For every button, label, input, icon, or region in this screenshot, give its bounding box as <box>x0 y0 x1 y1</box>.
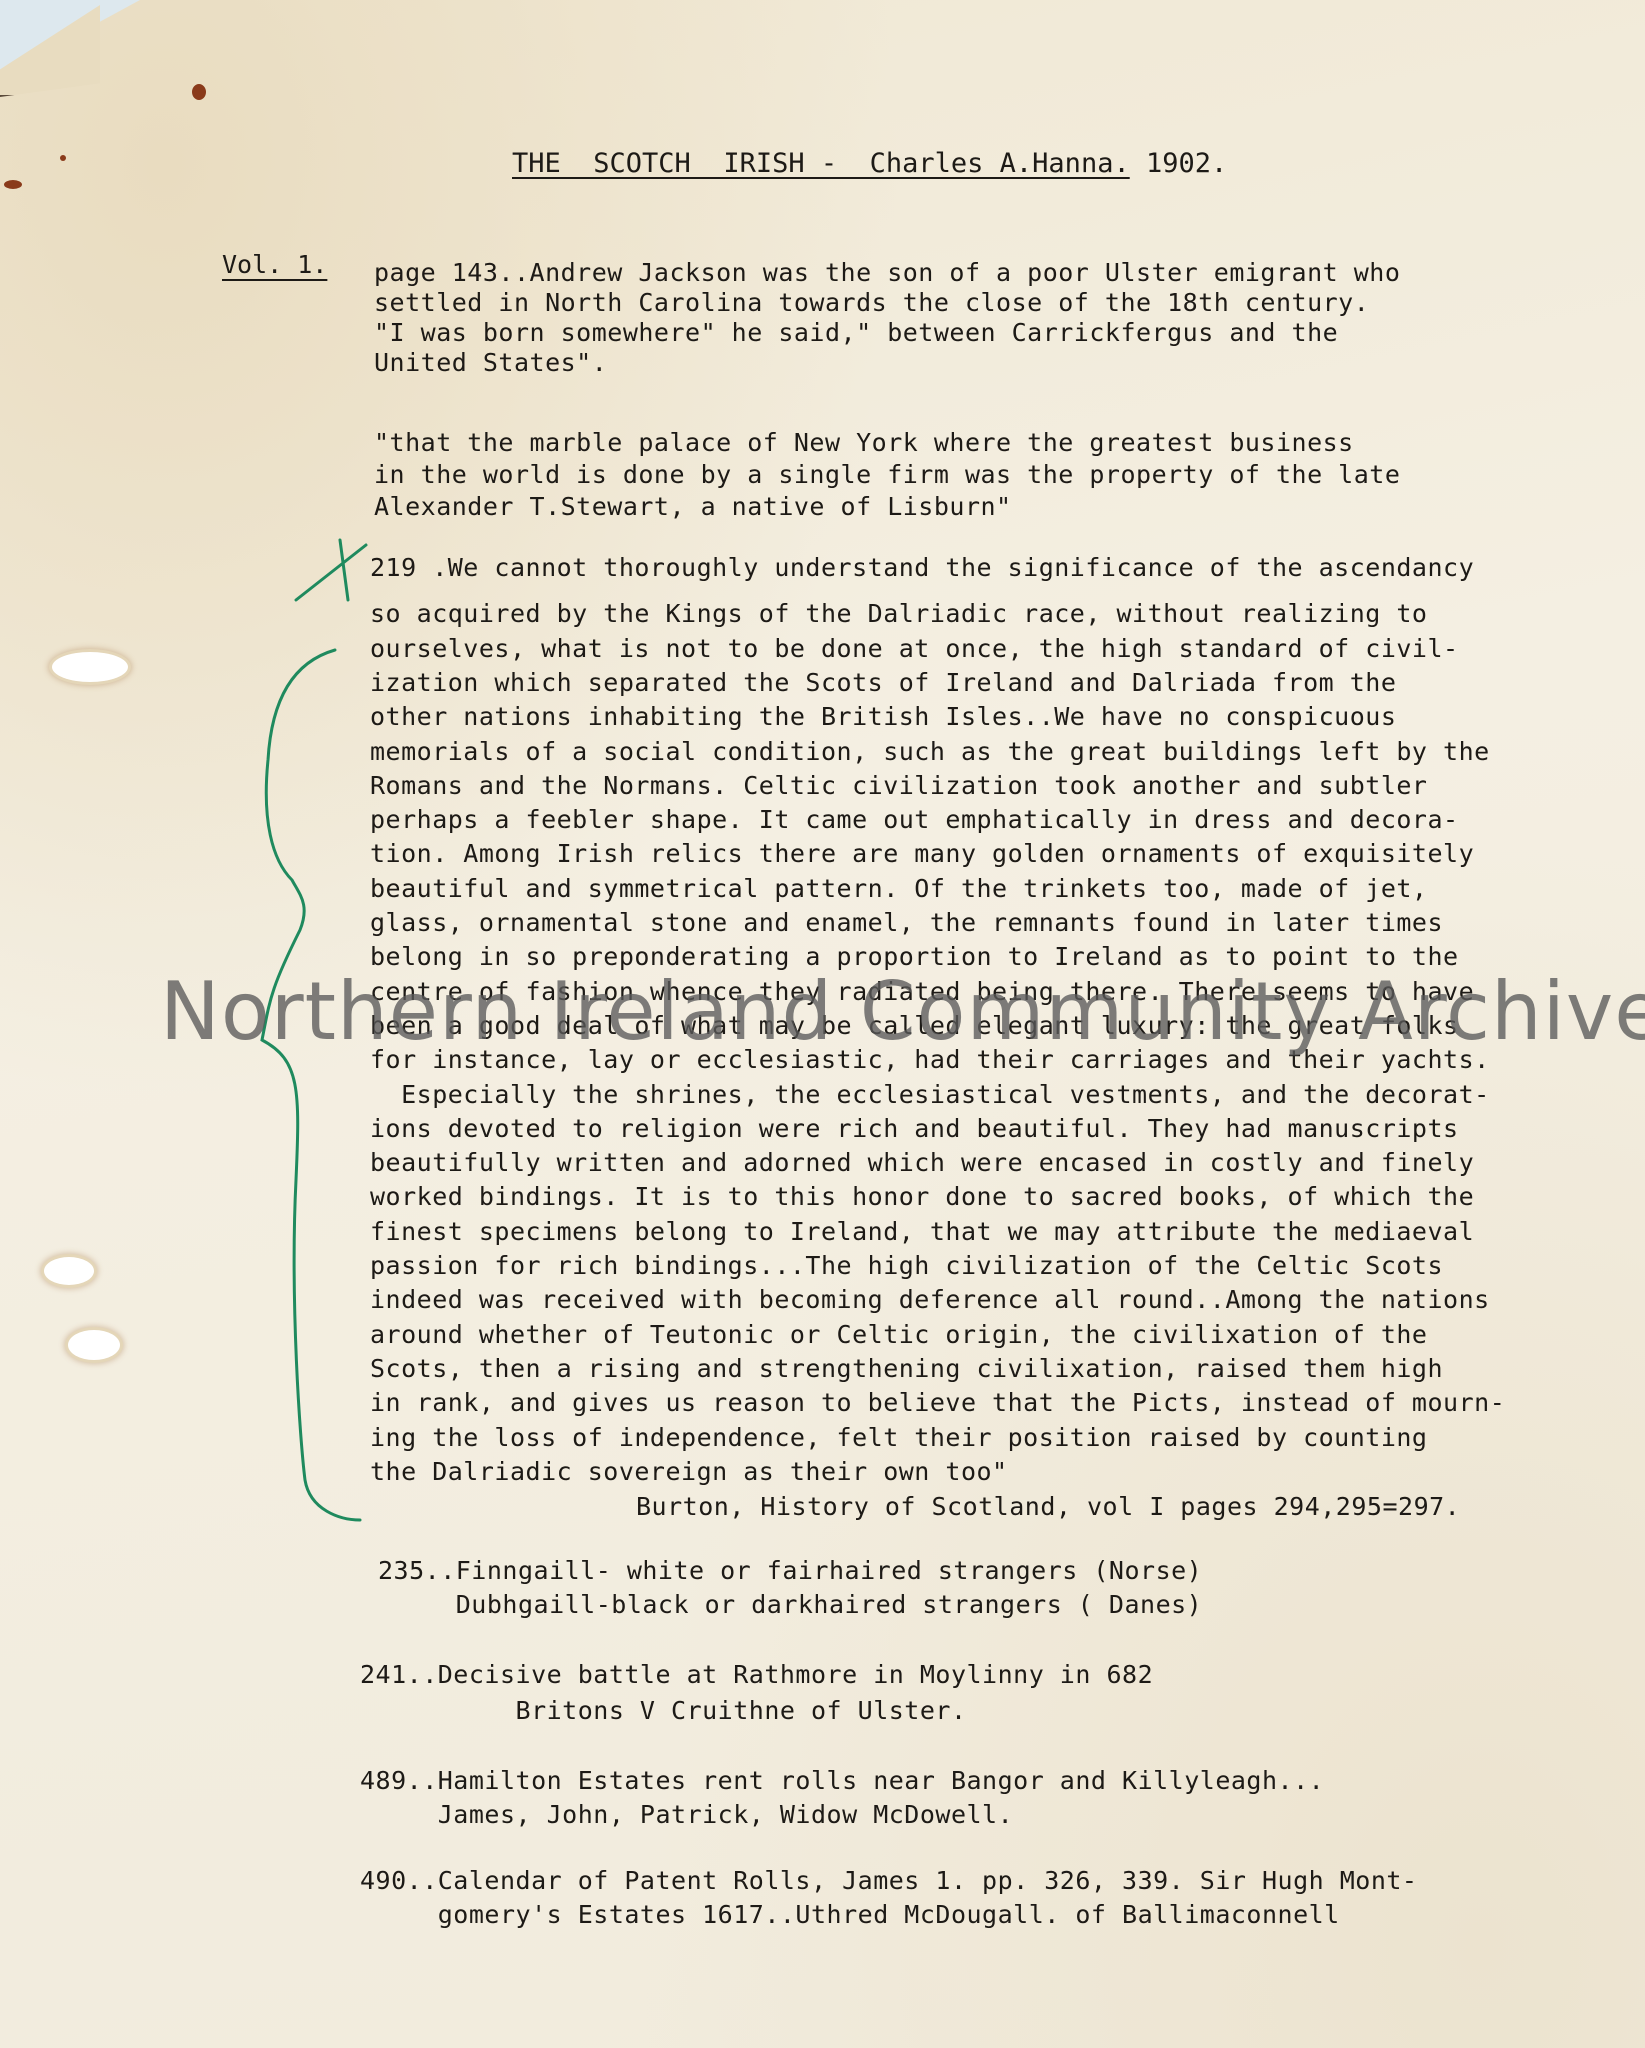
margin-cross-icon <box>296 540 366 600</box>
margin-brace-icon <box>262 650 360 1520</box>
watermark: Northern Ireland Community Archive <box>160 965 1645 1058</box>
